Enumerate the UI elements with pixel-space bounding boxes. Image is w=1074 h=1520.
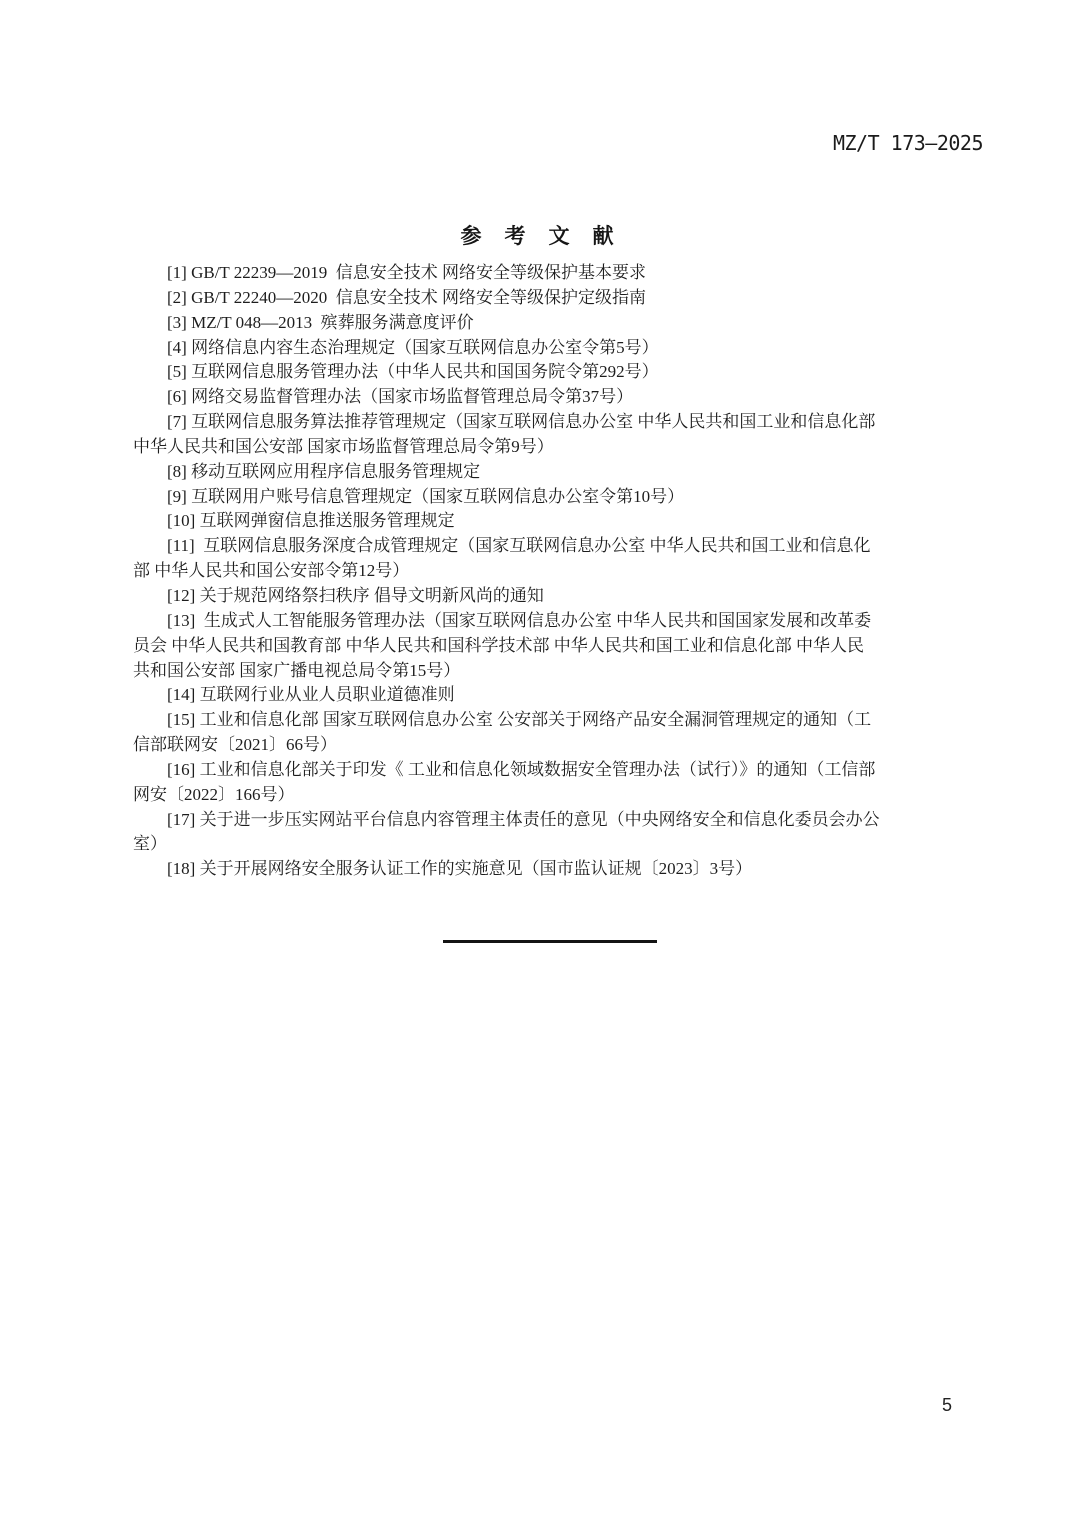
reference-line: [15] 工业和信息化部 国家互联网信息办公室 公安部关于网络产品安全漏洞管理规…	[133, 708, 955, 733]
reference-line: [16] 工业和信息化部关于印发《 工业和信息化领域数据安全管理办法（试行）》的…	[133, 758, 955, 783]
standard-code-header: MZ/T 173—2025	[833, 131, 983, 155]
reference-line: [13] 生成式人工智能服务管理办法（国家互联网信息办公室 中华人民共和国国家发…	[133, 609, 955, 634]
reference-line: [1] GB/T 22239—2019 信息安全技术 网络安全等级保护基本要求	[133, 261, 955, 286]
reference-line: [6] 网络交易监督管理办法（国家市场监督管理总局令第37号）	[133, 385, 955, 410]
reference-line: [10] 互联网弹窗信息推送服务管理规定	[133, 509, 955, 534]
reference-line: 共和国公安部 国家广播电视总局令第15号）	[133, 659, 955, 684]
reference-line: 员会 中华人民共和国教育部 中华人民共和国科学技术部 中华人民共和国工业和信息化…	[133, 634, 955, 659]
reference-line: [8] 移动互联网应用程序信息服务管理规定	[133, 460, 955, 485]
reference-line: [9] 互联网用户账号信息管理规定（国家互联网信息办公室令第10号）	[133, 485, 955, 510]
end-of-document-rule	[443, 940, 657, 943]
reference-line: [3] MZ/T 048—2013 殡葬服务满意度评价	[133, 311, 955, 336]
reference-list: [1] GB/T 22239—2019 信息安全技术 网络安全等级保护基本要求[…	[133, 261, 955, 882]
reference-line: [18] 关于开展网络安全服务认证工作的实施意见（国市监认证规〔2023〕3号）	[133, 857, 955, 882]
reference-line: [12] 关于规范网络祭扫秩序 倡导文明新风尚的通知	[133, 584, 955, 609]
reference-line: [2] GB/T 22240—2020 信息安全技术 网络安全等级保护定级指南	[133, 286, 955, 311]
reference-line: [5] 互联网信息服务管理办法（中华人民共和国国务院令第292号）	[133, 360, 955, 385]
reference-line: [4] 网络信息内容生态治理规定（国家互联网信息办公室令第5号）	[133, 336, 955, 361]
reference-line: 网安〔2022〕166号）	[133, 783, 955, 808]
reference-line: [7] 互联网信息服务算法推荐管理规定（国家互联网信息办公室 中华人民共和国工业…	[133, 410, 955, 435]
reference-line: [11] 互联网信息服务深度合成管理规定（国家互联网信息办公室 中华人民共和国工…	[133, 534, 955, 559]
reference-line: 中华人民共和国公安部 国家市场监督管理总局令第9号）	[133, 435, 955, 460]
reference-line: [14] 互联网行业从业人员职业道德准则	[133, 683, 955, 708]
document-page: MZ/T 173—2025 参考文献 [1] GB/T 22239—2019 信…	[0, 0, 1074, 1520]
section-title: 参考文献	[0, 220, 1074, 250]
reference-line: [17] 关于进一步压实网站平台信息内容管理主体责任的意见（中央网络安全和信息化…	[133, 808, 955, 833]
reference-line: 信部联网安〔2021〕66号）	[133, 733, 955, 758]
reference-line: 室）	[133, 832, 955, 857]
page-number: 5	[942, 1395, 952, 1416]
reference-line: 部 中华人民共和国公安部令第12号）	[133, 559, 955, 584]
